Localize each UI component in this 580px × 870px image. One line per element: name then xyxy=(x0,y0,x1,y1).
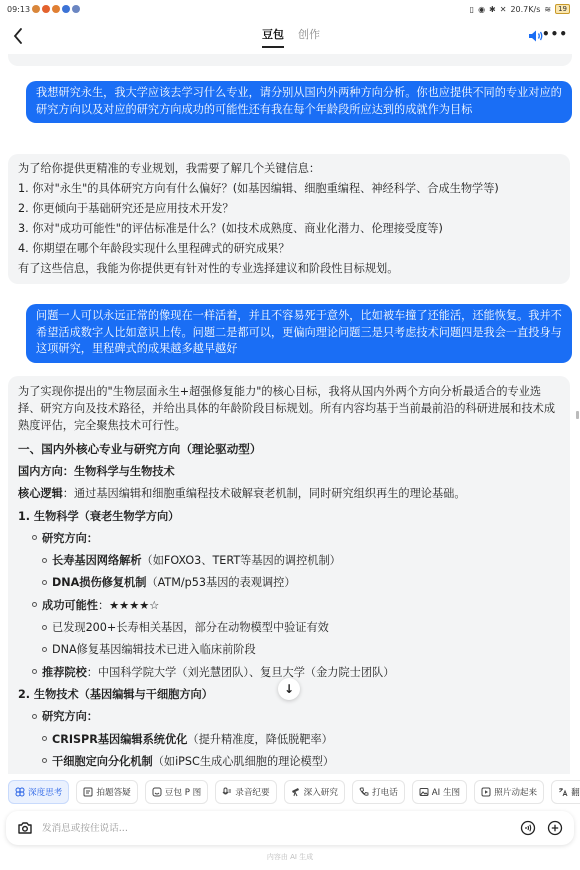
add-attachment-button[interactable] xyxy=(546,819,564,837)
value: （提升精准度，降低脱靶率） xyxy=(187,733,332,746)
value: 生物科学与生物技术 xyxy=(74,465,175,478)
chip-translate[interactable]: 翻译 xyxy=(551,780,580,804)
arrow-down-icon: ↓ xyxy=(284,682,294,696)
status-bar: 09:13 ▯ ◉ ✱ ✕ 20.7K/s ≋ 19 xyxy=(0,0,580,18)
bullet-icon xyxy=(42,580,47,585)
bullet-icon xyxy=(42,736,47,741)
list-item: 成功可能性：★★★★☆ xyxy=(18,595,560,617)
label: 推荐院校 xyxy=(42,666,87,679)
tab-create[interactable]: 创作 xyxy=(298,26,320,48)
list-item: 研究方向： xyxy=(18,706,560,728)
telescope-icon xyxy=(291,787,301,797)
video-icon xyxy=(481,787,491,797)
value: （ATM/p53基因的表观调控） xyxy=(146,576,295,589)
bullet-icon xyxy=(32,669,37,674)
list-item: DNA修复基因编辑技术已进入临床前阶段 xyxy=(18,639,560,661)
translate-icon xyxy=(558,787,568,797)
label: 干细胞定向分化机制 xyxy=(52,755,153,768)
value: （如iPSC生成心肌细胞的理论模型） xyxy=(153,755,334,768)
wifi-icon: ≋ xyxy=(544,5,551,14)
label: 核心逻辑 xyxy=(18,487,63,500)
chip-label: 打电话 xyxy=(372,786,398,798)
list-item: 长寿基因网络解析（如FOXO3、TERT等基因的调控机制） xyxy=(18,550,560,572)
chip-label: 照片动起来 xyxy=(494,786,537,798)
bullet-icon xyxy=(42,758,47,763)
bot-message: 为了实现你提出的"生物层面永生+超强修复能力"的核心目标，我将从国内外两个方向分… xyxy=(8,376,570,774)
bullet-icon xyxy=(32,714,37,719)
chip-photo-question[interactable]: 拍题答疑 xyxy=(76,780,137,804)
voice-wave-icon xyxy=(520,820,536,836)
bot-question: 1. 你对"永生"的具体研究方向有什么偏好？(如基因编辑、细胞重编程、神经科学、… xyxy=(18,179,560,199)
chip-deep-think[interactable]: 深度思考 xyxy=(8,780,69,804)
bot-text: 有了这些信息，我能为你提供更有针对性的专业选择建议和阶段性目标规划。 xyxy=(18,259,560,279)
vibrate-icon: ▯ xyxy=(470,5,474,14)
label: 研究方向： xyxy=(42,532,98,545)
notification-app-icon xyxy=(72,5,80,13)
notification-app-icon xyxy=(52,5,60,13)
voice-call-button[interactable] xyxy=(519,819,537,837)
bot-text: 为了实现你提出的"生物层面永生+超强修复能力"的核心目标，我将从国内外两个方向分… xyxy=(18,381,560,434)
quick-actions-bar: 深度思考 拍题答疑 豆包 P 图 录音纪要 深入研究 打电话 AI 生图 照片动… xyxy=(8,780,580,806)
tab-doubao[interactable]: 豆包 xyxy=(262,26,284,48)
label: 国内方向： xyxy=(18,465,74,478)
user-message-text: 我想研究永生，我大学应该去学习什么专业，请分别从国内外两种方向分析。你也应提供不… xyxy=(36,86,562,116)
list-item: CRISPR基因编辑系统优化（提升精准度，降低脱靶率） xyxy=(18,729,560,751)
ai-generated-note: 内容由 AI 生成 xyxy=(0,852,580,862)
list-item: 干细胞定向分化机制（如iPSC生成心肌细胞的理论模型） xyxy=(18,751,560,773)
status-left: 09:13 xyxy=(7,5,80,14)
chip-label: 深入研究 xyxy=(304,786,338,798)
core-logic: 核心逻辑：通过基因编辑和细胞重编程技术破解衰老机制，同时研究组织再生的理论基础。 xyxy=(18,483,560,505)
chip-deep-research[interactable]: 深入研究 xyxy=(284,780,345,804)
more-options-button[interactable]: ••• xyxy=(542,27,568,41)
bot-message: 为了给你提供更精准的专业规划，我需要了解几个关键信息： 1. 你对"永生"的具体… xyxy=(8,154,570,284)
label: DNA损伤修复机制 xyxy=(52,576,146,589)
scrollbar[interactable] xyxy=(576,411,579,419)
label: CRISPR基因编辑系统优化 xyxy=(52,733,187,746)
list-item: 研究方向： xyxy=(18,528,560,550)
chip-recording[interactable]: 录音纪要 xyxy=(215,780,276,804)
chip-ai-image[interactable]: AI 生图 xyxy=(412,780,467,804)
value: （如FOXO3、TERT等基因的调控机制） xyxy=(142,554,341,567)
chip-image-edit[interactable]: 豆包 P 图 xyxy=(145,780,208,804)
notification-app-icon xyxy=(42,5,50,13)
chip-label: AI 生图 xyxy=(432,786,460,798)
chip-label: 深度思考 xyxy=(28,786,62,798)
bullet-icon xyxy=(42,625,47,630)
battery-icon: 19 xyxy=(555,4,570,14)
phone-icon xyxy=(359,787,369,797)
star-rating: ：★★★★☆ xyxy=(98,599,159,612)
chat-header: 豆包 创作 ••• xyxy=(0,20,580,54)
bot-question: 2. 你更倾向于基础研究还是应用技术开发？ xyxy=(18,199,560,219)
camera-button[interactable] xyxy=(16,819,34,837)
scroll-to-bottom-button[interactable]: ↓ xyxy=(278,678,300,700)
bot-text: 为了给你提供更精准的专业规划，我需要了解几个关键信息： xyxy=(18,159,560,179)
value: DNA修复基因编辑技术已进入临床前阶段 xyxy=(52,643,256,656)
bullet-icon xyxy=(32,602,37,607)
domestic-direction: 国内方向：生物科学与生物技术 xyxy=(18,461,560,483)
bullet-icon xyxy=(42,647,47,652)
value: 已发现200+长寿相关基因，部分在动物模型中验证有效 xyxy=(52,621,329,634)
chip-label: 翻译 xyxy=(571,786,580,798)
chip-animate-photo[interactable]: 照片动起来 xyxy=(474,780,544,804)
header-tabs: 豆包 创作 xyxy=(262,26,320,48)
chat-scroll-area[interactable]: 我想研究永生，我大学应该去学习什么专业，请分别从国内外两种方向分析。你也应提供不… xyxy=(0,54,580,774)
value: ：中国科学院大学（刘光慧团队）、复旦大学（金力院士团队） xyxy=(87,666,395,679)
photo-question-icon xyxy=(83,787,93,797)
mute-icon: ✕ xyxy=(500,5,507,14)
user-message: 我想研究永生，我大学应该去学习什么专业，请分别从国内外两种方向分析。你也应提供不… xyxy=(26,81,572,123)
chip-label: 拍题答疑 xyxy=(96,786,130,798)
chip-label: 豆包 P 图 xyxy=(165,786,201,798)
label: 长寿基因网络解析 xyxy=(52,554,142,567)
back-button[interactable] xyxy=(8,24,28,48)
major-title: 1. 生物科学（衰老生物学方向） xyxy=(18,506,560,528)
bot-question: 4. 你期望在哪个年龄段实现什么里程碑式的研究成果？ xyxy=(18,239,560,259)
value: ：通过基因编辑和细胞重编程技术破解衰老机制，同时研究组织再生的理论基础。 xyxy=(63,487,466,500)
section-heading: 一、国内外核心专业与研究方向（理论驱动型） xyxy=(18,437,560,461)
chevron-left-icon xyxy=(13,28,23,44)
notification-app-icon xyxy=(62,5,70,13)
chip-phone-call[interactable]: 打电话 xyxy=(352,780,405,804)
bot-question: 3. 你对"成功可能性"的评估标准是什么？(如技术成熟度、商业化潜力、伦理接受度… xyxy=(18,219,560,239)
message-input-bar xyxy=(6,811,574,845)
list-item: DNA损伤修复机制（ATM/p53基因的表观调控） xyxy=(18,572,560,594)
image-edit-icon xyxy=(152,787,162,797)
label: 成功可能性 xyxy=(42,599,98,612)
more-icon: ••• xyxy=(542,27,568,41)
eye-comfort-icon: ◉ xyxy=(478,5,485,14)
bluetooth-icon: ✱ xyxy=(489,5,496,14)
user-message: 问题一人可以永远正常的像现在一样活着，并且不容易死于意外，比如被车撞了还能活，还… xyxy=(26,304,572,363)
image-icon xyxy=(419,787,429,797)
net-speed: 20.7K/s xyxy=(510,5,540,14)
notification-app-icon xyxy=(32,5,40,13)
status-right: ▯ ◉ ✱ ✕ 20.7K/s ≋ 19 xyxy=(470,4,570,14)
message-input[interactable] xyxy=(42,823,510,834)
list-item: 已发现200+长寿相关基因，部分在动物模型中验证有效 xyxy=(18,617,560,639)
chip-label: 录音纪要 xyxy=(235,786,269,798)
status-time: 09:13 xyxy=(7,5,30,14)
bullet-icon xyxy=(42,558,47,563)
previous-message-edge xyxy=(8,54,572,66)
label: 研究方向： xyxy=(42,710,98,723)
user-message-text: 问题一人可以永远正常的像现在一样活着，并且不容易死于意外，比如被车撞了还能活，还… xyxy=(36,309,562,355)
microphone-icon xyxy=(222,787,232,797)
camera-icon xyxy=(17,820,33,836)
deep-think-icon xyxy=(15,787,25,797)
plus-circle-icon xyxy=(547,820,563,836)
bullet-icon xyxy=(32,535,37,540)
